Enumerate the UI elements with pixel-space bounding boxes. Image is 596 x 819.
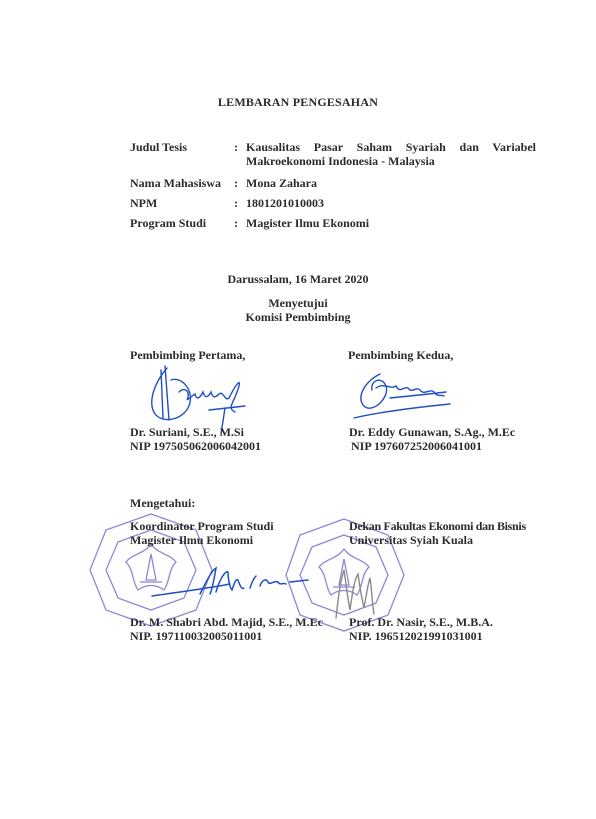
colon: : <box>234 196 238 211</box>
supervisor1-name: Dr. Suriani, S.E., M.Si <box>130 425 244 440</box>
approval-line1: Menyetujui <box>0 296 596 311</box>
supervisor1-role: Pembimbing Pertama, <box>130 348 245 363</box>
dean-role-line1: Dekan Fakultas Ekonomi dan Bisnis <box>349 519 526 534</box>
field-value-prodi: Magister Ilmu Ekonomi <box>246 216 536 231</box>
field-label-nama: Nama Mahasiswa <box>130 176 221 191</box>
field-label-prodi: Program Studi <box>130 216 206 231</box>
dean-nip: NIP. 196512021991031001 <box>349 629 483 644</box>
place-date: Darussalam, 16 Maret 2020 <box>0 272 596 287</box>
field-value-npm: 1801201010003 <box>246 196 536 211</box>
supervisor2-nip: NIP 197607252006041001 <box>351 439 482 454</box>
signature-supervisor2 <box>350 368 460 423</box>
dean-name: Prof. Dr. Nasir, S.E., M.B.A. <box>349 615 493 630</box>
coordinator-role-line2: Magister Ilmu Ekonomi <box>130 533 253 548</box>
dean-role-line2: Universitas Syiah Kuala <box>349 533 473 548</box>
coordinator-nip: NIP. 197110032005011001 <box>130 629 262 644</box>
page-title: LEMBARAN PENGESAHAN <box>0 95 596 110</box>
supervisor2-role: Pembimbing Kedua, <box>348 348 453 363</box>
supervisor2-name: Dr. Eddy Gunawan, S.Ag., M.Ec <box>349 425 515 440</box>
field-value-judul-line1: Kausalitas Pasar Saham Syariah dan Varia… <box>246 140 536 155</box>
field-value-judul-line2: Makroekonomi Indonesia - Malaysia <box>246 154 536 169</box>
colon: : <box>234 216 238 231</box>
field-label-judul: Judul Tesis <box>130 140 187 155</box>
field-value-nama: Mona Zahara <box>246 176 536 191</box>
signature-dean <box>330 560 380 620</box>
coordinator-name: Dr. M. Shabri Abd. Majid, S.E., M.Ec <box>130 615 323 630</box>
coordinator-role-line1: Koordinator Program Studi <box>130 519 274 534</box>
field-label-npm: NPM <box>130 196 157 211</box>
signature-coordinator <box>150 562 310 602</box>
colon: : <box>234 140 238 155</box>
approval-line2: Komisi Pembimbing <box>0 310 596 325</box>
acknowledged-label: Mengetahui: <box>130 496 195 511</box>
colon: : <box>234 176 238 191</box>
supervisor1-nip: NIP 197505062006042001 <box>130 439 261 454</box>
